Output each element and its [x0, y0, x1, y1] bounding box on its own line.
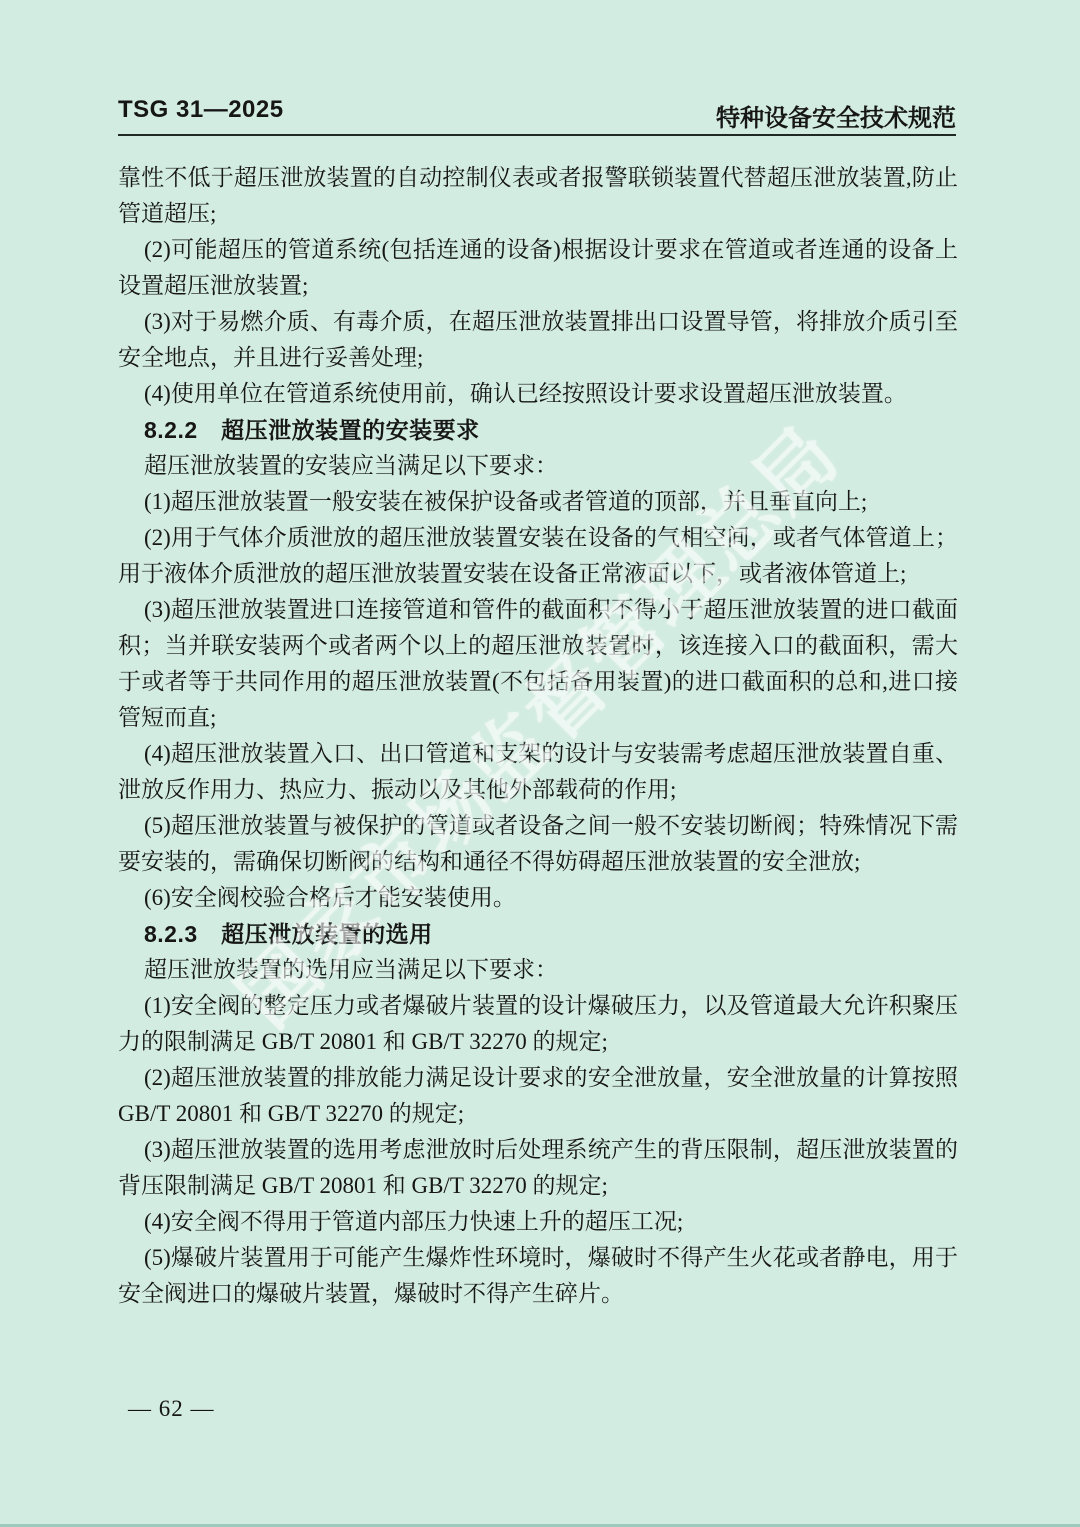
paragraph: (3)超压泄放装置进口连接管道和管件的截面积不得小于超压泄放装置的进口截面积；当… — [118, 592, 958, 736]
header-doc-title: 特种设备安全技术规范 — [716, 98, 956, 133]
paragraph: (4)超压泄放装置入口、出口管道和支架的设计与安装需考虑超压泄放装置自重、泄放反… — [118, 736, 958, 808]
section-heading-8-2-2: 8.2.2 超压泄放装置的安装要求 — [118, 412, 958, 448]
document-body: 靠性不低于超压泄放装置的自动控制仪表或者报警联锁装置代替超压泄放装置,防止管道超… — [118, 160, 958, 1312]
paragraph: (2)超压泄放装置的排放能力满足设计要求的安全泄放量，安全泄放量的计算按照 GB… — [118, 1060, 958, 1132]
paragraph: (2)用于气体介质泄放的超压泄放装置安装在设备的气相空间，或者气体管道上；用于液… — [118, 520, 958, 592]
paragraph: 超压泄放装置的安装应当满足以下要求： — [118, 448, 958, 484]
paragraph: (6)安全阀校验合格后才能安装使用。 — [118, 880, 958, 916]
paragraph: (5)爆破片装置用于可能产生爆炸性环境时，爆破时不得产生火花或者静电，用于安全阀… — [118, 1240, 958, 1312]
paragraph: (4)使用单位在管道系统使用前，确认已经按照设计要求设置超压泄放装置。 — [118, 376, 958, 412]
header-doc-code: TSG 31—2025 — [118, 96, 284, 124]
paragraph: (1)安全阀的整定压力或者爆破片装置的设计爆破压力，以及管道最大允许积聚压力的限… — [118, 988, 958, 1060]
document-page: TSG 31—2025 特种设备安全技术规范 靠性不低于超压泄放装置的自动控制仪… — [0, 0, 1080, 1527]
paragraph: 超压泄放装置的选用应当满足以下要求： — [118, 952, 958, 988]
page-number: — 62 — — [128, 1396, 215, 1422]
header-rule — [118, 134, 956, 136]
paragraph: (3)超压泄放装置的选用考虑泄放时后处理系统产生的背压限制，超压泄放装置的背压限… — [118, 1132, 958, 1204]
paragraph: 靠性不低于超压泄放装置的自动控制仪表或者报警联锁装置代替超压泄放装置,防止管道超… — [118, 160, 958, 232]
paragraph: (3)对于易燃介质、有毒介质，在超压泄放装置排出口设置导管，将排放介质引至安全地… — [118, 304, 958, 376]
paragraph: (2)可能超压的管道系统(包括连通的设备)根据设计要求在管道或者连通的设备上设置… — [118, 232, 958, 304]
paragraph: (5)超压泄放装置与被保护的管道或者设备之间一般不安装切断阀；特殊情况下需要安装… — [118, 808, 958, 880]
paragraph: (1)超压泄放装置一般安装在被保护设备或者管道的顶部，并且垂直向上; — [118, 484, 958, 520]
paragraph: (4)安全阀不得用于管道内部压力快速上升的超压工况; — [118, 1204, 958, 1240]
section-heading-8-2-3: 8.2.3 超压泄放装置的选用 — [118, 916, 958, 952]
